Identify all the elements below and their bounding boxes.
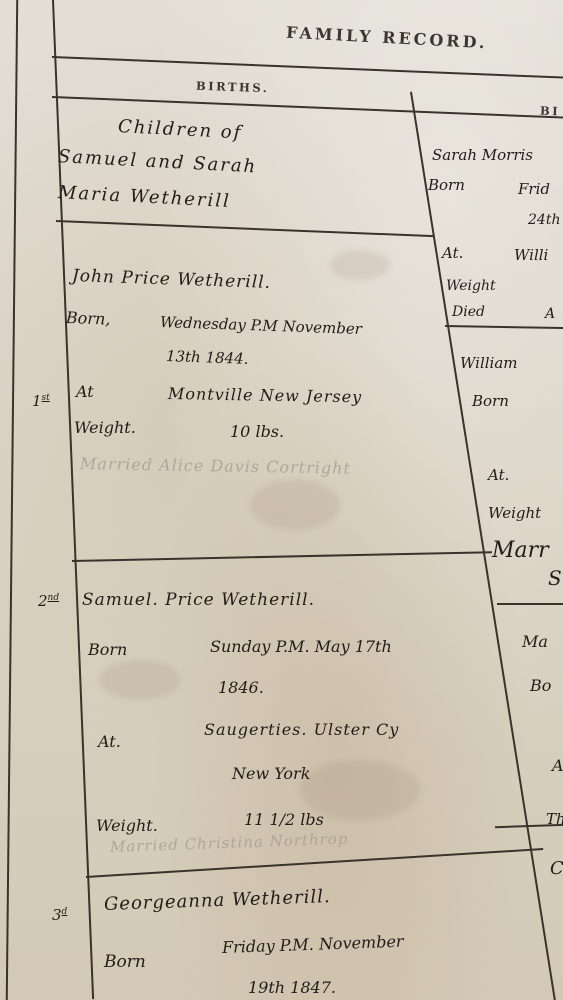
row-rule — [497, 603, 563, 605]
stain — [330, 250, 390, 280]
born-value-2: 13th 1844. — [166, 347, 249, 368]
weight-value: 10 lbs. — [230, 422, 284, 441]
at-value: Saugerties. Ulster Cy — [204, 720, 399, 739]
births-header-2: BI — [540, 104, 561, 119]
right-weight-label: Th — [546, 810, 563, 828]
right-weight-label: Weight — [446, 278, 496, 294]
at-value: Montville New Jersey — [168, 384, 363, 406]
right-extra: C — [550, 858, 563, 879]
right-entry-name: Sarah Morris — [432, 146, 533, 164]
at-value-2: New York — [232, 764, 310, 783]
born-label: Born — [88, 640, 127, 659]
right-born-value-2: 24th — [528, 212, 560, 228]
entry-ordinal: 2nd — [38, 592, 59, 610]
right-born-label: Born — [428, 176, 465, 194]
born-value-2: 1846. — [218, 678, 264, 697]
right-died-value: A — [545, 306, 555, 322]
births-header: BIRTHS. — [196, 79, 270, 96]
at-label: At. — [98, 732, 121, 751]
right-entry-name: William — [460, 354, 518, 372]
right-at-label: A — [552, 756, 563, 775]
weight-value: 11 1/2 lbs — [244, 810, 324, 829]
born-value-2: 19th 1847. — [248, 978, 336, 997]
born-value: Sunday P.M. May 17th — [210, 637, 392, 656]
stain — [250, 480, 340, 530]
stain — [100, 660, 180, 700]
born-label: Born, — [66, 308, 111, 329]
right-born-value: Frid — [518, 180, 550, 198]
right-married-value: S — [548, 566, 562, 590]
at-label: At — [76, 382, 94, 401]
right-at-value: Willi — [514, 246, 548, 264]
entry-ordinal: 1st — [32, 392, 50, 410]
weight-label: Weight. — [96, 816, 158, 835]
weight-label: Weight. — [74, 418, 136, 437]
right-at-label: At. — [442, 244, 463, 262]
born-label: Born — [104, 952, 146, 972]
right-at-label: At. — [488, 466, 509, 484]
right-died-label: Died — [452, 304, 485, 320]
entry-ordinal: 3d — [52, 906, 67, 924]
entry-name: Samuel. Price Wetherill. — [82, 590, 315, 610]
right-born-label: Born — [472, 392, 509, 410]
right-married-label: Marr — [492, 538, 549, 563]
right-entry-name: Ma — [522, 632, 548, 651]
right-born-label: Bo — [530, 676, 551, 695]
right-weight-label: Weight — [488, 504, 541, 522]
